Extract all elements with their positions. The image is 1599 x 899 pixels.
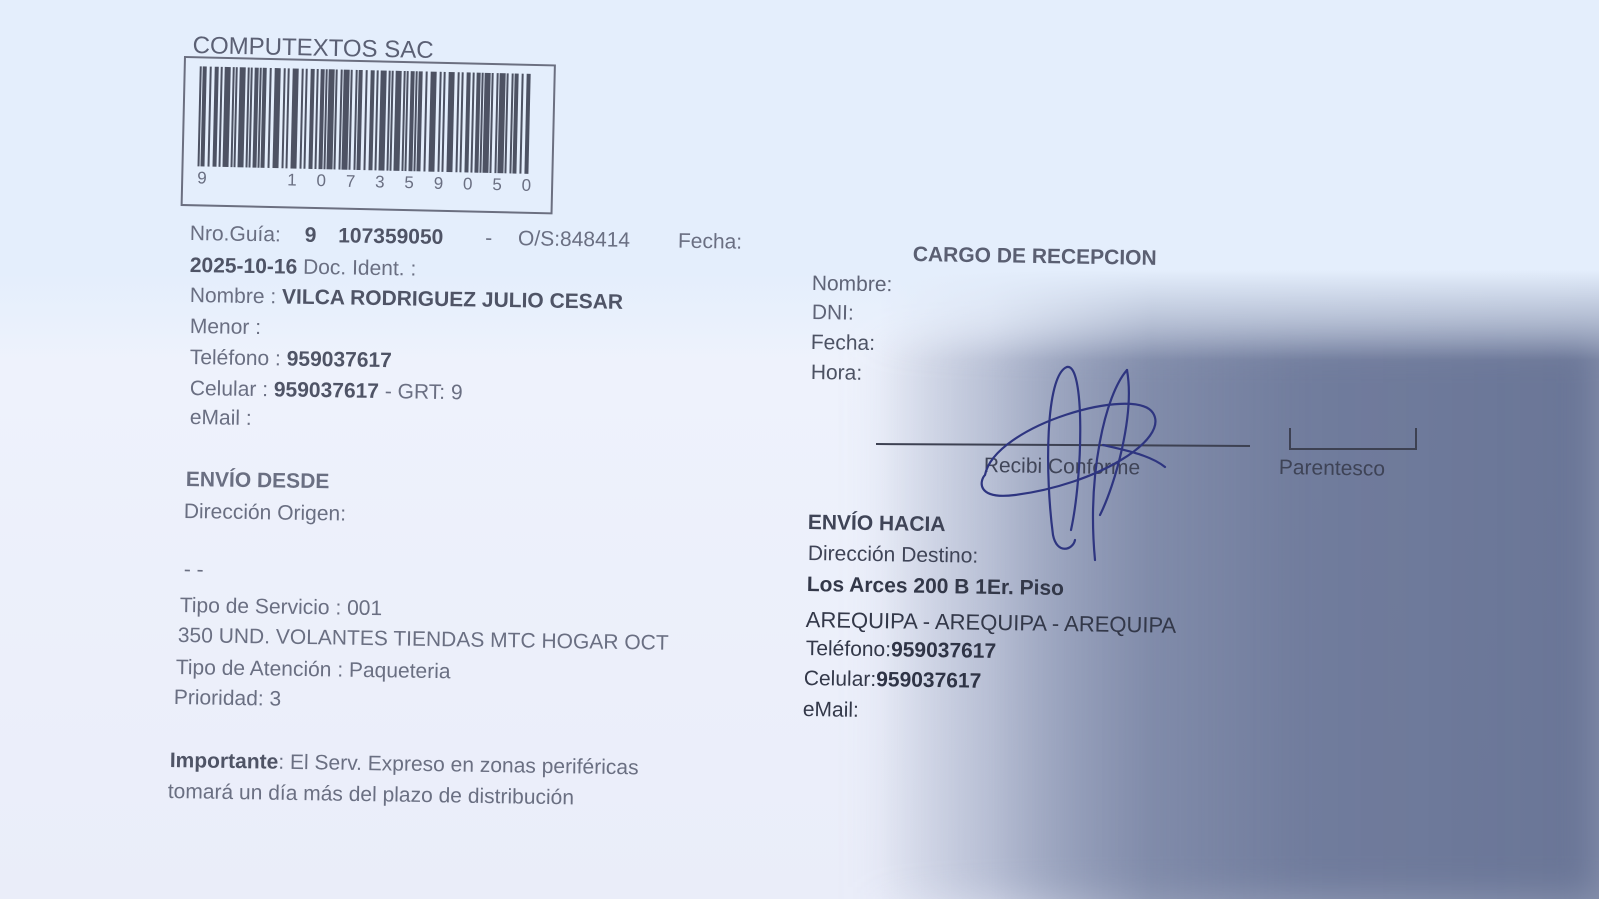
destination-celular-label: Celular: [804,667,877,691]
celular-row: Celular : 959037617 - GRT: 9 [190,377,463,405]
parentesco-field [1289,428,1417,450]
origin-address-label: Dirección Origen: [184,500,347,527]
fecha-label: Fecha: [678,230,743,254]
destination-address-value: Los Arces 200 B 1Er. Piso [807,573,1065,601]
attention-type: Tipo de Atención : Paqueteria [176,656,451,684]
grt: - GRT: 9 [385,380,463,404]
barcode-bars [198,66,540,174]
parentesco-label: Parentesco [1279,456,1386,482]
barcode-number: 107359050 [287,170,537,196]
nro-guia-label: Nro.Guía: [190,222,281,246]
reception-dni-label: DNI: [812,301,854,326]
destination-address-label: Dirección Destino: [808,542,979,569]
order-service: O/S:848414 [518,227,630,252]
nro-guia-number: 107359050 [338,224,443,249]
recibi-conforme-label: Recibi Conforme [984,454,1141,480]
service-type: Tipo de Servicio : 001 [180,594,383,621]
origin-title: ENVÍO DESDE [186,468,330,494]
reception-fecha-label: Fecha: [811,331,876,356]
separator: - [485,227,492,250]
destination-email-label: eMail: [803,698,859,723]
fecha-value: 2025-10-16 [190,254,298,279]
destination-telefono-value: 959037617 [891,638,996,663]
barcode-prefix-digit: 9 [197,168,287,190]
email-label: eMail : [190,406,252,431]
telefono-row: Teléfono : 959037617 [190,346,392,373]
destination-celular-value: 959037617 [876,668,981,693]
celular-value: 959037617 [274,378,379,403]
destination-title: ENVÍO HACIA [808,511,946,537]
barcode: 9 107359050 [181,56,556,214]
reception-title: CARGO DE RECEPCION [913,243,1157,271]
destination-celular-row: Celular:959037617 [804,667,982,694]
telefono-value: 959037617 [287,348,392,373]
telefono-label: Teléfono : [190,346,281,370]
reception-nombre-label: Nombre: [812,272,893,297]
date-doc-row: 2025-10-16 Doc. Ident. : [190,254,417,282]
reception-hora-label: Hora: [811,361,863,386]
menor-label: Menor : [190,315,262,340]
origin-address-value: - - [184,558,204,582]
nombre-label: Nombre : [190,284,277,308]
priority: Prioridad: 3 [174,686,282,712]
important-label: Importante [170,749,279,774]
destination-telefono-label: Teléfono: [806,637,892,661]
nro-guia-prefix: 9 [305,224,317,247]
celular-label: Celular : [190,377,269,401]
destination-telefono-row: Teléfono:959037617 [806,637,997,664]
nombre-value: VILCA RODRIGUEZ JULIO CESAR [282,285,623,313]
doc-ident-label: Doc. Ident. : [303,256,417,281]
